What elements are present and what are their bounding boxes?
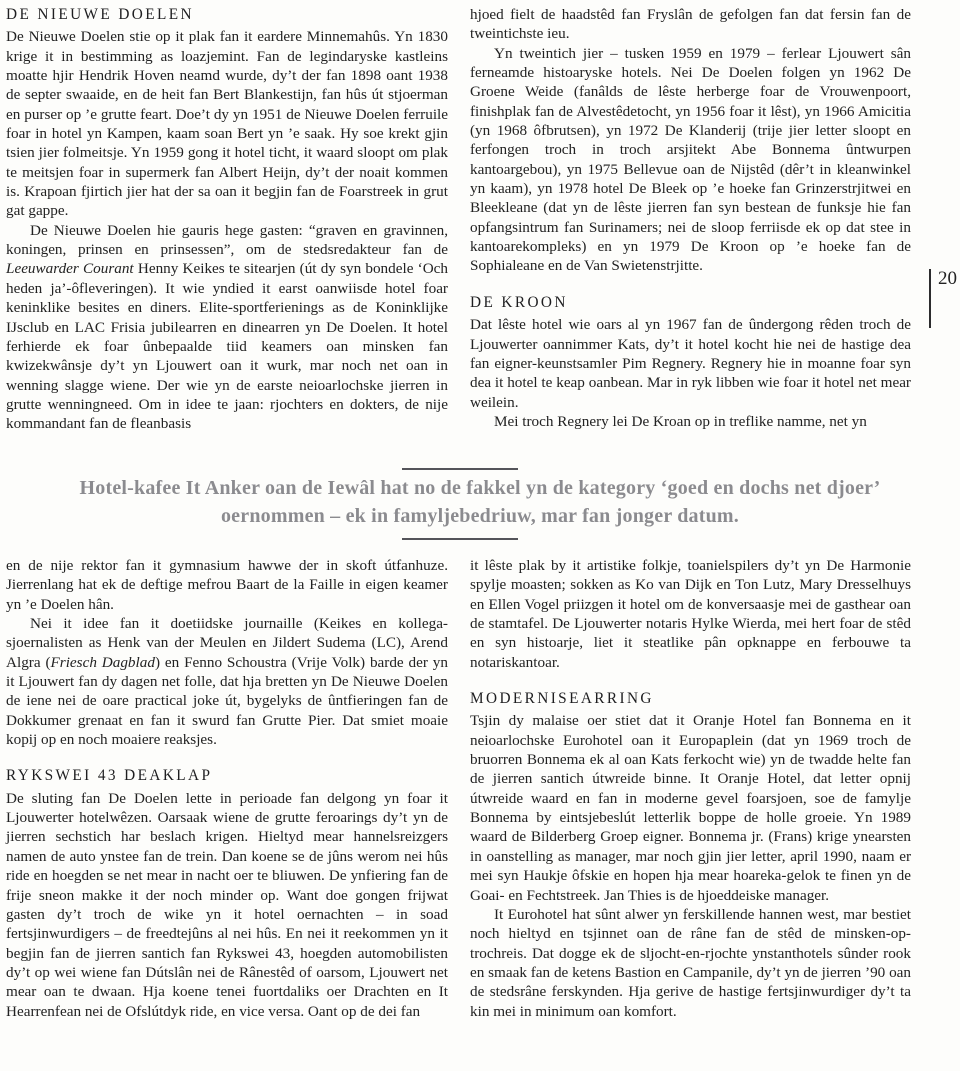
paragraph: Dat lêste hotel wie oars al yn 1967 fan …: [470, 315, 911, 412]
paragraph: It Eurohotel hat sûnt alwer yn ferskille…: [470, 905, 911, 1021]
quote-divider-top: [402, 468, 518, 470]
paragraph: Tsjin dy malaise oer stiet dat it Oranje…: [470, 711, 911, 904]
text-run: De Nieuwe Doelen hie gauris hege gasten:…: [6, 222, 448, 258]
paragraph: hjoed fielt de haadstêd fan Fryslân de g…: [470, 5, 911, 44]
text-run: De sluting fan De Doelen lette in perioa…: [6, 790, 448, 1020]
page-number: 20: [938, 268, 957, 290]
column-top-left: DE NIEUWE DOELENDe Nieuwe Doelen stie op…: [6, 5, 448, 434]
page-number-rule: [929, 269, 931, 328]
paragraph: Yn tweintich jier – tusken 1959 en 1979 …: [470, 44, 911, 276]
column-bottom-right: it lêste plak by it artistike folkje, to…: [470, 556, 911, 1021]
quote-divider-bottom: [402, 538, 518, 540]
paragraph: De Nieuwe Doelen hie gauris hege gasten:…: [6, 221, 448, 434]
paragraph: Nei it idee fan it doetiidske journaille…: [6, 614, 448, 749]
section-heading: RYKSWEI 43 DEAKLAP: [6, 766, 448, 785]
paragraph: en de nije rektor fan it gymnasium hawwe…: [6, 556, 448, 614]
text-run: Tsjin dy malaise oer stiet dat it Oranje…: [470, 712, 911, 903]
text-run: Dat lêste hotel wie oars al yn 1967 fan …: [470, 316, 911, 410]
text-run: De Nieuwe Doelen stie op it plak fan it …: [6, 28, 448, 219]
paragraph: it lêste plak by it artistike folkje, to…: [470, 556, 911, 672]
pull-quote: Hotel-kafee It Anker oan de Iewâl hat no…: [30, 474, 930, 530]
text-run: en de nije rektor fan it gymnasium hawwe…: [6, 557, 448, 613]
italic-text: Leeuwarder Courant: [6, 260, 134, 277]
section-heading: DE KROON: [470, 293, 911, 312]
paragraph: De Nieuwe Doelen stie op it plak fan it …: [6, 27, 448, 220]
column-bottom-left: en de nije rektor fan it gymnasium hawwe…: [6, 556, 448, 1021]
text-run: Mei troch Regnery lei De Kroan op in tre…: [494, 413, 867, 430]
book-page: DE NIEUWE DOELENDe Nieuwe Doelen stie op…: [0, 0, 960, 1071]
paragraph: De sluting fan De Doelen lette in perioa…: [6, 789, 448, 1021]
text-run: Henny Keikes te sitearjen (út dy syn bon…: [6, 260, 448, 432]
italic-text: Friesch Dagblad: [51, 654, 155, 671]
paragraph: Mei troch Regnery lei De Kroan op in tre…: [470, 412, 911, 431]
text-run: Yn tweintich jier – tusken 1959 en 1979 …: [470, 45, 911, 275]
text-run: hjoed fielt de haadstêd fan Fryslân de g…: [470, 6, 911, 42]
text-run: it lêste plak by it artistike folkje, to…: [470, 557, 911, 671]
text-run: It Eurohotel hat sûnt alwer yn ferskille…: [470, 906, 911, 1020]
section-heading: DE NIEUWE DOELEN: [6, 5, 448, 24]
section-heading: MODERNISEARRING: [470, 689, 911, 708]
column-top-right: hjoed fielt de haadstêd fan Fryslân de g…: [470, 5, 911, 431]
